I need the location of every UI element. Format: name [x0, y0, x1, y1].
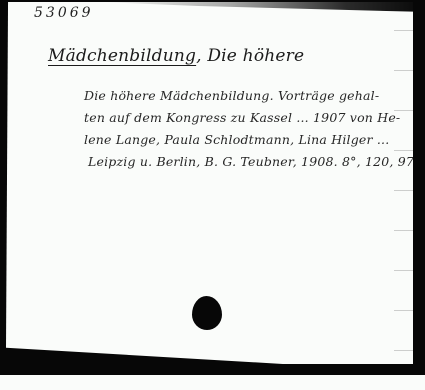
scan-artifact-right — [394, 12, 416, 362]
heading-subject: Mädchenbildung — [48, 46, 196, 66]
body-line: ten auf dem Kongress zu Kassel ... 1907 … — [84, 110, 400, 125]
call-number: 53069 — [34, 5, 94, 21]
catalog-card: 53069 Mädchenbildung, Die höhere Die höh… — [6, 2, 413, 364]
heading-separator: , — [196, 46, 207, 66]
punch-hole-icon — [192, 296, 222, 330]
scan-artifact-top — [101, 2, 425, 12]
body-line: Die höhere Mädchenbildung. Vorträge geha… — [84, 88, 379, 103]
heading-subtitle: Die höhere — [207, 46, 304, 66]
body-line: Leipzig u. Berlin, B. G. Teubner, 1908. … — [88, 154, 418, 169]
body-line: lene Lange, Paula Schlodtmann, Lina Hilg… — [84, 132, 389, 147]
card-heading: Mädchenbildung, Die höhere — [48, 46, 304, 66]
